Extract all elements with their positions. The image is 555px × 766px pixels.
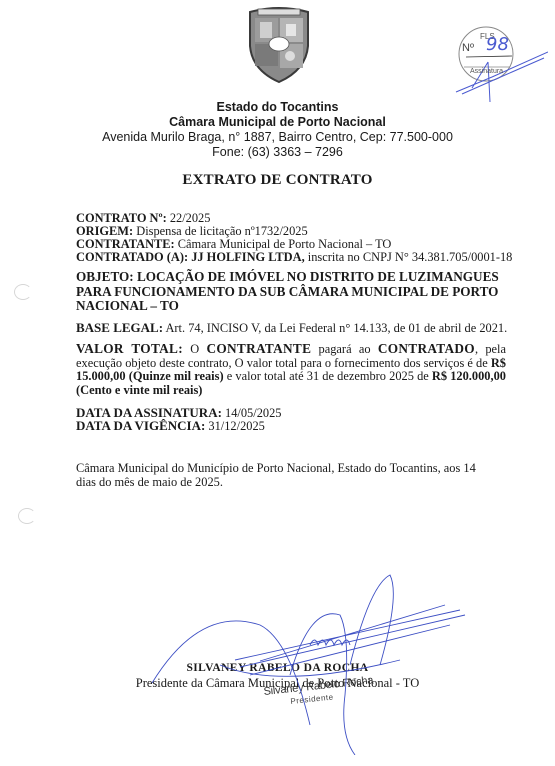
document-title: EXTRATO DE CONTRATO xyxy=(0,172,555,189)
header-address: Avenida Murilo Braga, n° 1887, Bairro Ce… xyxy=(0,130,555,145)
page-number-stamp: FLS Nº 98 Assinatura xyxy=(452,22,548,104)
signatory-name: SILVANEY RABELO DA ROCHA xyxy=(0,662,555,674)
punch-hole-icon xyxy=(14,284,32,300)
field-contratado: CONTRATADO (A): JJ HOLFING LTDA, inscrit… xyxy=(76,251,512,265)
header-phone: Fone: (63) 3363 – 7296 xyxy=(0,145,555,160)
header-state: Estado do Tocantins xyxy=(0,100,555,115)
total-value: R$ 120.000,00 xyxy=(432,369,506,383)
field-objeto: OBJETO: LOCAÇÃO DE IMÓVEL NO DISTRITO DE… xyxy=(76,270,508,314)
handwritten-signature-icon xyxy=(140,565,470,755)
stamp-no-label: Nº xyxy=(462,42,474,54)
closing-paragraph: Câmara Municipal do Município de Porto N… xyxy=(76,462,496,489)
field-valor-total: VALOR TOTAL: O CONTRATANTE pagará ao CON… xyxy=(76,342,506,397)
stamp-page-number: 98 xyxy=(486,34,509,55)
municipal-crest-icon xyxy=(246,6,312,84)
field-base-legal: BASE LEGAL: Art. 74, INCISO V, da Lei Fe… xyxy=(76,321,507,336)
stamp-signature-label: Assinatura xyxy=(470,68,503,75)
punch-hole-icon xyxy=(18,508,36,524)
field-data-vigencia: DATA DA VIGÊNCIA: 31/12/2025 xyxy=(76,419,265,434)
header-institution: Câmara Municipal de Porto Nacional xyxy=(0,115,555,130)
